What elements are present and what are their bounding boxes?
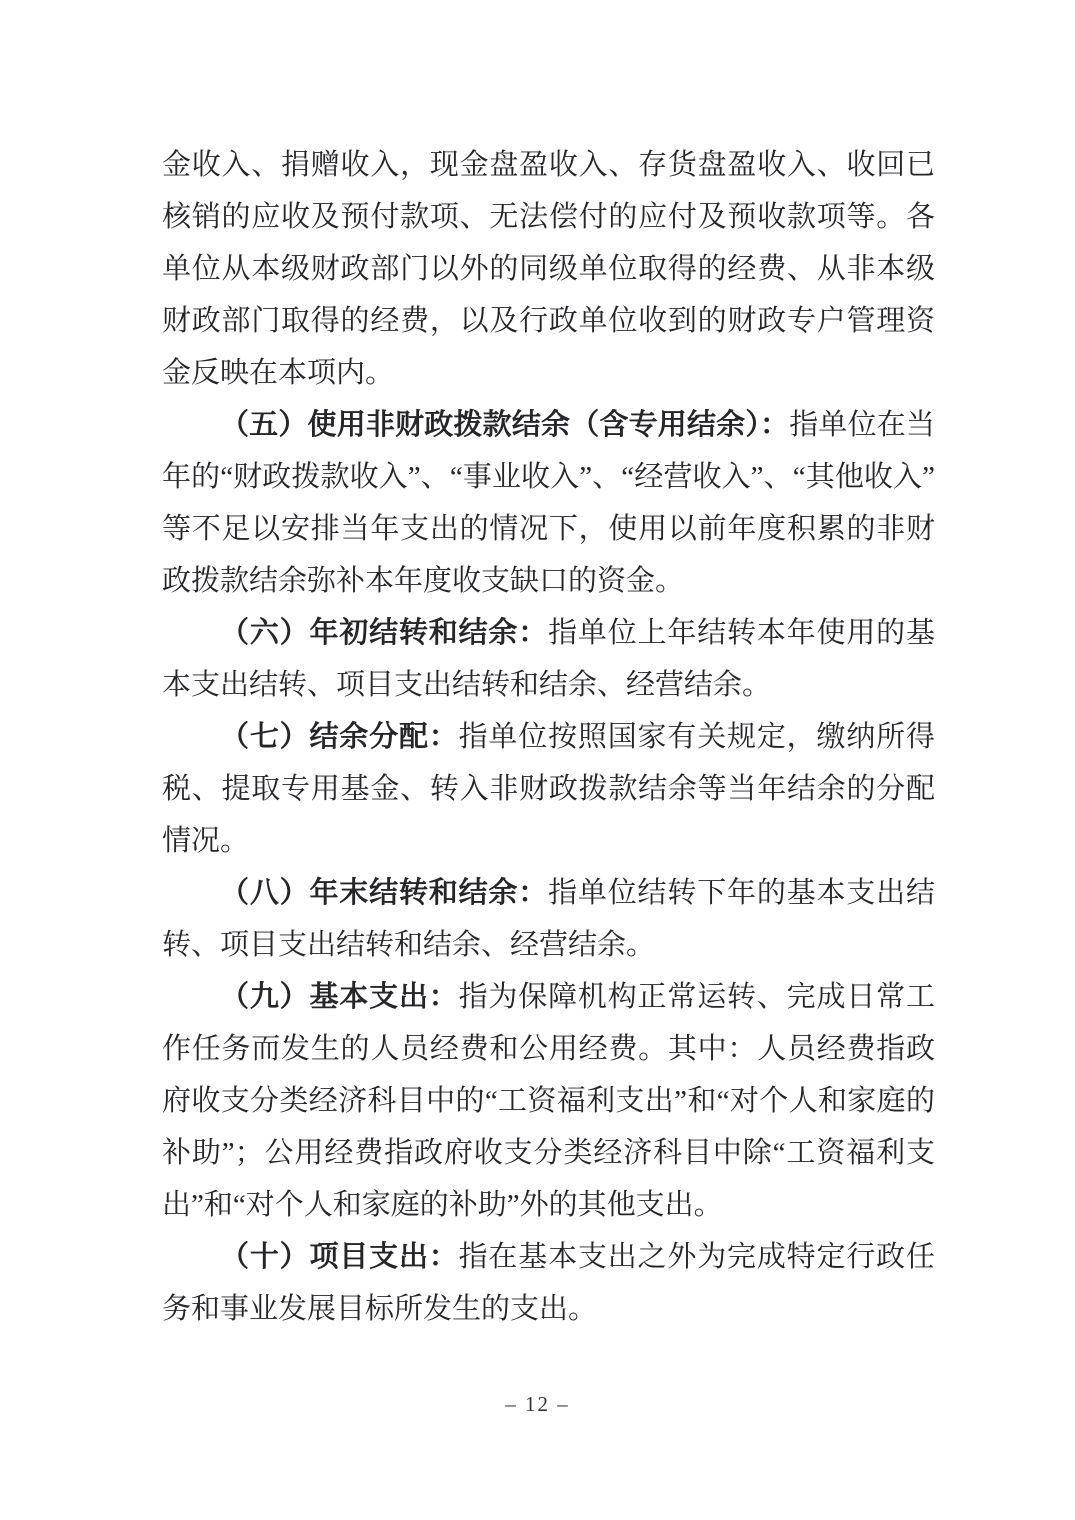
page-number: – 12 – (0, 1392, 1075, 1417)
paragraph-text: 指为保障机构正常运转、完成日常工作任务而发生的人员经费和公用经费。其中：人员经费… (162, 981, 935, 1221)
paragraph-heading: （九）基本支出： (220, 981, 459, 1013)
paragraph-item-6: （六）年初结转和结余：指单位上年结转本年使用的基本支出结转、项目支出结转和结余、… (162, 607, 935, 711)
paragraph-item-5: （五）使用非财政拨款结余（含专用结余）：指单位在当年的“财政拨款收入”、“事业收… (162, 399, 935, 607)
paragraph-item-7: （七）结余分配：指单位按照国家有关规定，缴纳所得税、提取专用基金、转入非财政拨款… (162, 711, 935, 867)
paragraph-heading: （十）项目支出： (220, 1241, 459, 1273)
document-page: 金收入、捐赠收入，现金盘盈收入、存货盘盈收入、收回已核销的应收及预付款项、无法偿… (0, 0, 1075, 1520)
paragraph-text: 金收入、捐赠收入，现金盘盈收入、存货盘盈收入、收回已核销的应收及预付款项、无法偿… (162, 149, 935, 389)
paragraph-continuation: 金收入、捐赠收入，现金盘盈收入、存货盘盈收入、收回已核销的应收及预付款项、无法偿… (162, 139, 935, 399)
document-body: 金收入、捐赠收入，现金盘盈收入、存货盘盈收入、收回已核销的应收及预付款项、无法偿… (162, 139, 935, 1335)
paragraph-heading: （七）结余分配： (220, 721, 459, 753)
paragraph-item-9: （九）基本支出：指为保障机构正常运转、完成日常工作任务而发生的人员经费和公用经费… (162, 971, 935, 1231)
paragraph-item-8: （八）年末结转和结余：指单位结转下年的基本支出结转、项目支出结转和结余、经营结余… (162, 867, 935, 971)
paragraph-item-10: （十）项目支出：指在基本支出之外为完成特定行政任务和事业发展目标所发生的支出。 (162, 1231, 935, 1335)
paragraph-heading: （八）年末结转和结余： (220, 877, 548, 909)
paragraph-heading: （五）使用非财政拨款结余（含专用结余）： (220, 409, 789, 441)
paragraph-heading: （六）年初结转和结余： (220, 617, 548, 649)
